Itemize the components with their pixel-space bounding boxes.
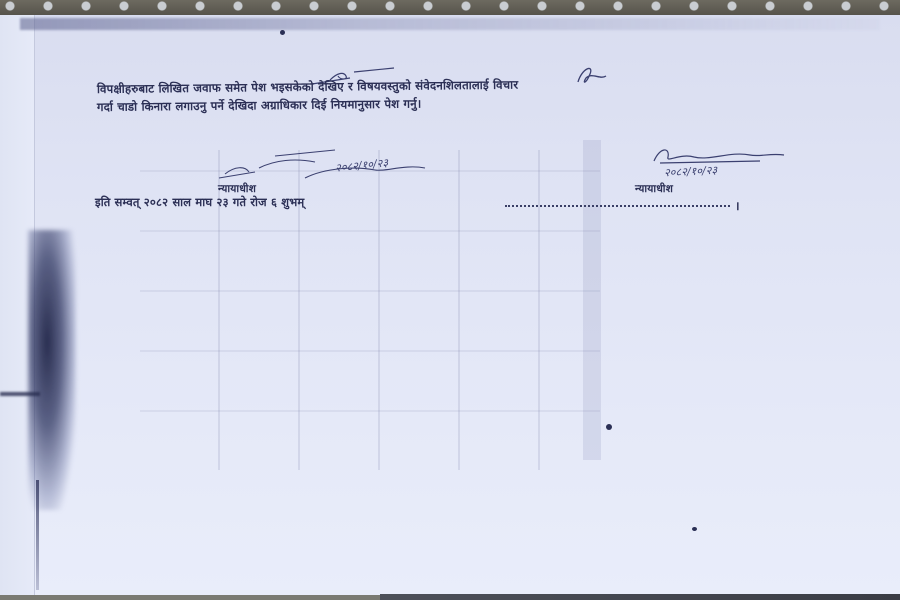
closing-terminator: । (735, 197, 740, 214)
initial-signature-right (572, 62, 612, 88)
ink-speck (606, 424, 612, 430)
toner-line-left (0, 392, 40, 396)
toner-streak-left (28, 230, 76, 510)
faint-ghost-bar (583, 140, 601, 460)
toner-tail-left (36, 480, 39, 590)
judge-label-right: न्यायाधीश (635, 182, 673, 196)
ink-speck (280, 30, 285, 35)
judge-signature-left (215, 148, 445, 184)
photo-stage: विपक्षीहरुबाट लिखित जवाफ समेत पेश भइसकेक… (0, 0, 900, 600)
judge-signature-right (650, 145, 790, 165)
ink-speck (692, 527, 697, 531)
toner-smudge-top (20, 18, 880, 30)
judge-label-left: न्यायाधीश (218, 182, 256, 196)
background-surface-bottom (380, 594, 900, 600)
closing-date-line: इति सम्वत् २०८२ साल माघ २३ गते रोज ६ शुभ… (95, 195, 304, 210)
dotted-leader (505, 205, 730, 207)
background-surface-top (0, 0, 900, 16)
judge-date-right: २०८२/१०/२३ (664, 163, 718, 181)
